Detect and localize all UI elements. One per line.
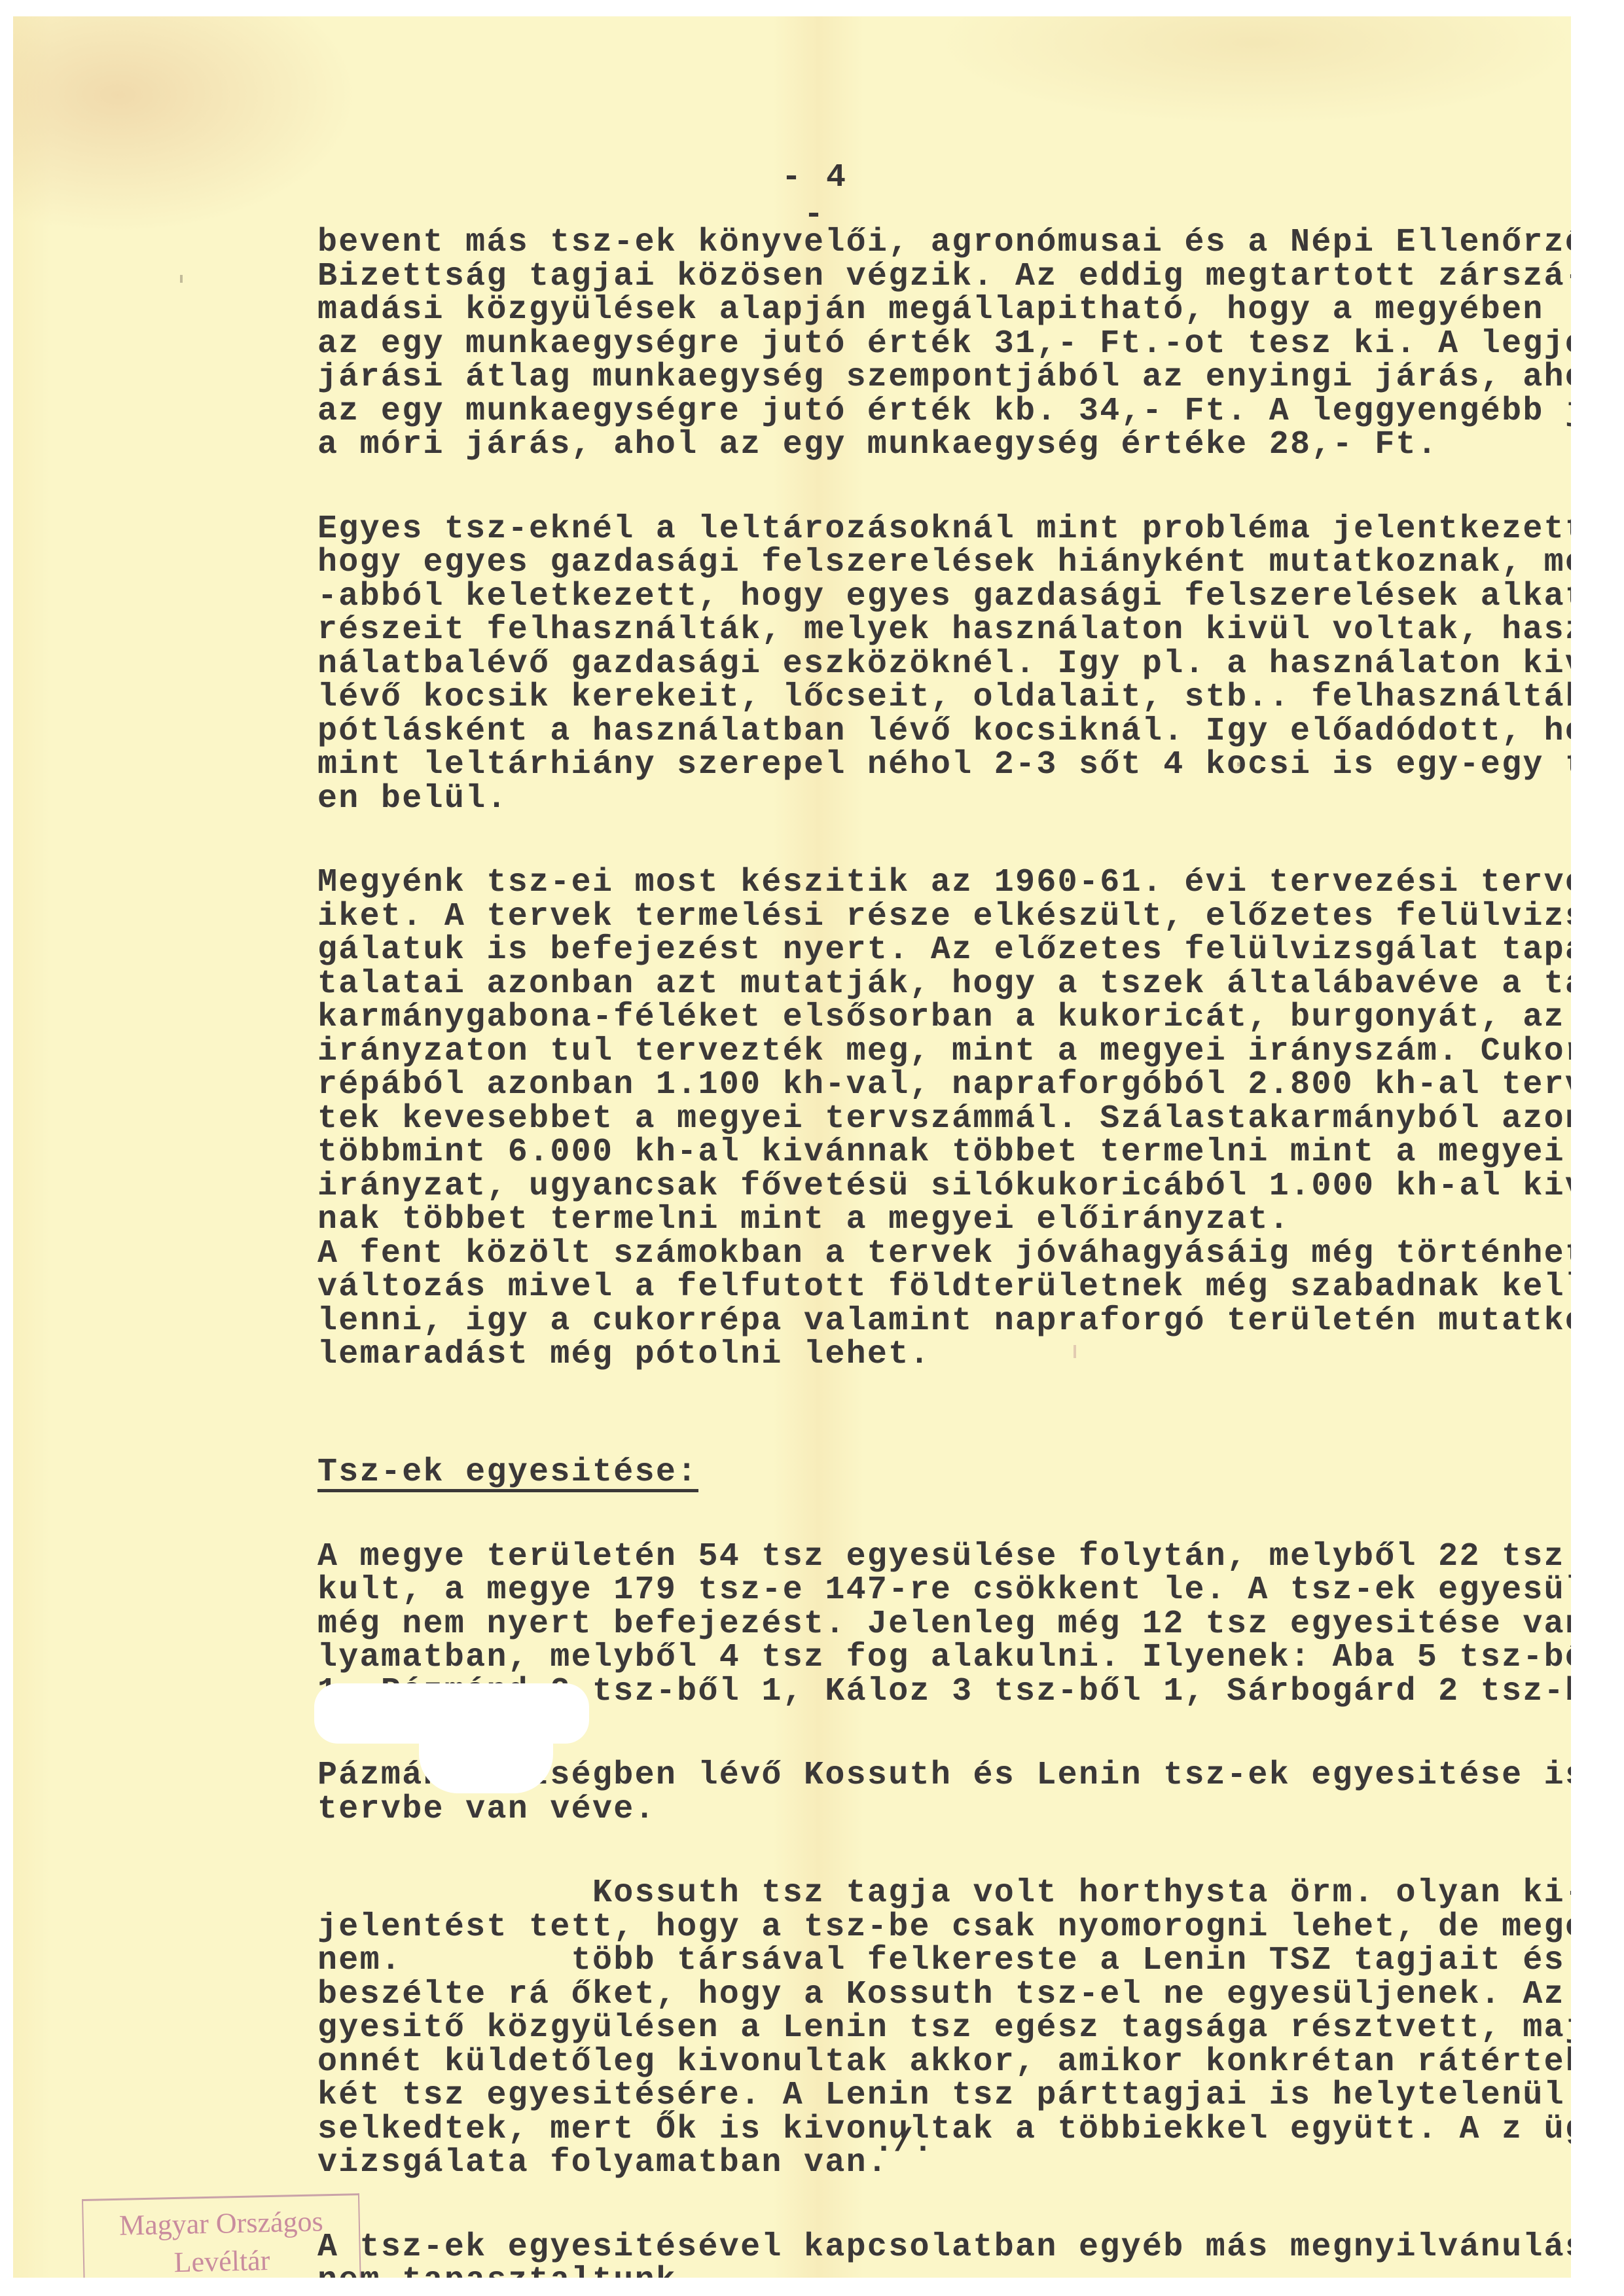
text-line: nálatbalévő gazdasági eszközöknél. Igy p… (317, 647, 1571, 681)
text-line: jelentést tett, hogy a tsz-be csak nyomo… (317, 1910, 1571, 1945)
paragraph-planning: Megyénk tsz-ei most készitik az 1960-61.… (317, 866, 1571, 1372)
text-line: lemaradást még pótolni lehet. (317, 1338, 1571, 1372)
paragraph-spacer (317, 1372, 1571, 1422)
paragraph-spacer (317, 1422, 1571, 1456)
text-line: mint leltárhiány szerepel néhol 2-3 sőt … (317, 748, 1571, 782)
text-line: tek kevesebbet a megyei tervszámmál. Szá… (317, 1102, 1571, 1136)
text-line: gálatuk is befejezést nyert. Az előzetes… (317, 933, 1571, 967)
text-line: Megyénk tsz-ei most készitik az 1960-61.… (317, 866, 1571, 900)
text-line: vizsgálata folyamatban van. (317, 2146, 1571, 2180)
text-line: onnét küldetőleg kivonultak akkor, amiko… (317, 2045, 1571, 2079)
text-line: a móri járás, ahol az egy munkaegység ér… (317, 428, 1571, 462)
paragraph-workunit-values: bevent más tsz-ek könyvelői, agronómusai… (317, 226, 1571, 462)
paper-speck (1237, 762, 1240, 766)
text-line: A fent közölt számokban a tervek jóváhag… (317, 1237, 1571, 1271)
text-line: en belül. (317, 782, 1571, 816)
paper-speck (180, 275, 183, 283)
paper-speck (1074, 1345, 1076, 1358)
section-heading: Tsz-ek egyesitése: (317, 1458, 698, 1492)
text-line: pótlásként a használatban lévő kocsiknál… (317, 715, 1571, 749)
text-line: selkedtek, mert Ők is kivonultak a többi… (317, 2113, 1571, 2147)
section-heading-row: Tsz-ek egyesitése: (317, 1456, 1571, 1490)
text-line: madási közgyülések alapján megállapithat… (317, 293, 1571, 327)
text-line: részeit felhasználták, melyek használato… (317, 613, 1571, 647)
paragraph-spacer (317, 816, 1571, 866)
archive-stamp: Magyar Országos Levéltár (82, 2193, 361, 2278)
paragraph-conclusion: A tsz-ek egyesitésével kapcsolatban egyé… (317, 2231, 1571, 2278)
text-line: Kossuth tsz tagja volt horthysta örm. ol… (317, 1876, 1571, 1910)
text-line: A tsz-ek egyesitésével kapcsolatban egyé… (317, 2231, 1571, 2265)
text-line: -abból keletkezett, hogy egyes gazdasági… (317, 580, 1571, 614)
text-line: hogy egyes gazdasági felszerelések hiány… (317, 546, 1571, 580)
document-page: - 4 - bevent más tsz-ek könyvelői, agron… (13, 16, 1571, 2278)
text-line: tervbe van véve. (317, 1793, 1571, 1827)
text-line: A megye területén 54 tsz egyesülése foly… (317, 1540, 1571, 1574)
text-line: lyamatban, melyből 4 tsz fog alakulni. I… (317, 1641, 1571, 1675)
paragraph-spacer (317, 2180, 1571, 2231)
text-line: gyesitő közgyülésen a Lenin tsz egész ta… (317, 2011, 1571, 2045)
text-line: karmánygabona-féléket elsősorban a kukor… (317, 1001, 1571, 1035)
text-line: kult, a megye 179 tsz-e 147-re csökkent … (317, 1573, 1571, 1607)
text-line: két tsz egyesitésére. A Lenin tsz pártta… (317, 2079, 1571, 2113)
text-line: Egyes tsz-eknél a leltározásoknál mint p… (317, 512, 1571, 547)
continuation-mark: ./. (874, 2124, 933, 2161)
paragraph-spacer (317, 1490, 1571, 1540)
paragraph-spacer (317, 462, 1571, 512)
stamp-text-line: Levéltár (84, 2242, 360, 2278)
text-line: többmint 6.000 kh-al kivánnak többet ter… (317, 1136, 1571, 1170)
text-line: Bizettság tagjai közösen végzik. Az eddi… (317, 260, 1571, 294)
text-line: még nem nyert befejezést. Jelenleg még 1… (317, 1607, 1571, 1641)
paragraph-spacer (317, 1826, 1571, 1876)
text-line: nem tapasztaltunk. (317, 2264, 1571, 2278)
text-line: az egy munkaegységre jutó érték kb. 34,-… (317, 395, 1571, 429)
text-line: nem. több társával felkereste a Lenin TS… (317, 1944, 1571, 1978)
text-line: nak többet termelni mint a megyei előirá… (317, 1203, 1571, 1237)
page-number: - 4 - (759, 159, 871, 234)
text-line: az egy munkaegységre jutó érték 31,- Ft.… (317, 327, 1571, 361)
document-body: bevent más tsz-ek könyvelői, agronómusai… (317, 226, 1571, 2278)
text-line: lenni, igy a cukorrépa valamint naprafor… (317, 1304, 1571, 1338)
redaction-mark (419, 1705, 553, 1793)
text-line: talatai azonban azt mutatják, hogy a tsz… (317, 967, 1571, 1001)
text-line: bevent más tsz-ek könyvelői, agronómusai… (317, 226, 1571, 260)
paragraph-inventory-problems: Egyes tsz-eknél a leltározásoknál mint p… (317, 512, 1571, 816)
text-line: répából azonban 1.100 kh-val, napraforgó… (317, 1068, 1571, 1102)
text-line: irányzaton tul tervezték meg, mint a meg… (317, 1035, 1571, 1069)
paragraph-kossuth-incident: Kossuth tsz tagja volt horthysta örm. ol… (317, 1876, 1571, 2180)
stamp-text-line: Magyar Országos (83, 2204, 359, 2243)
text-line: iket. A tervek termelési része elkészült… (317, 900, 1571, 934)
text-line: változás mivel a felfutott földterületne… (317, 1270, 1571, 1304)
text-line: irányzat, ugyancsak fővetésü silókukoric… (317, 1170, 1571, 1204)
text-line: járási átlag munkaegység szempontjából a… (317, 361, 1571, 395)
text-line: beszélte rá őket, hogy a Kossuth tsz-el … (317, 1978, 1571, 2012)
text-line: lévő kocsik kerekeit, lőcseit, oldalait,… (317, 681, 1571, 715)
